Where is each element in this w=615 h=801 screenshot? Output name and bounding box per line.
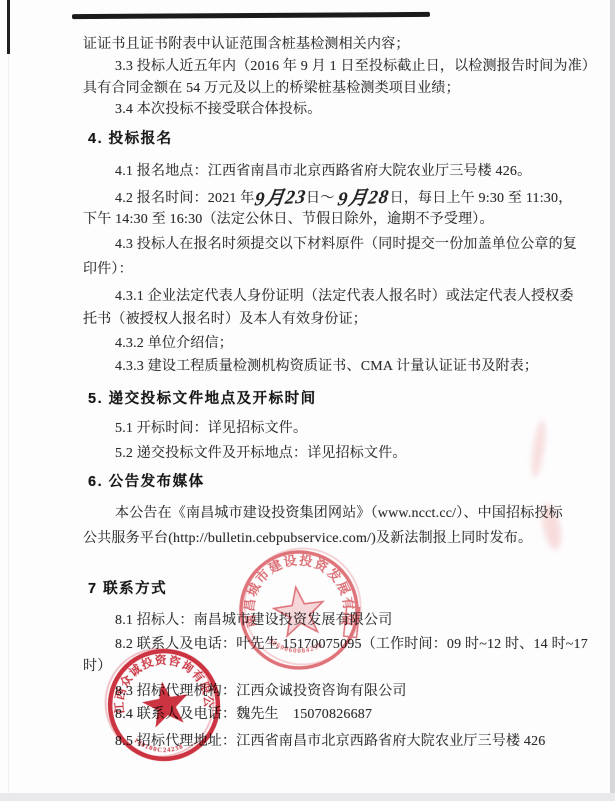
reg-time-printed-suffix: 日，每日上午 9:30 至 11:30， bbox=[390, 191, 573, 206]
doc-line: 5.1 开标时间：详见招标文件。 bbox=[115, 417, 307, 437]
buyer-seal-stamp: 南昌城市建设投资发展有限公司 9060060084258 bbox=[220, 531, 378, 689]
scan-left-crease bbox=[8, 54, 9, 801]
scan-bottom-gray-strip bbox=[0, 793, 615, 801]
doc-line-registration-time: 4.2 报名时间：2021 年9月23日～ 9月28日，每日上午 9:30 至 … bbox=[115, 183, 572, 210]
doc-line: 下午 14:30 至 16:30（法定公休日、节假日除外，逾期不予受理）。 bbox=[83, 208, 494, 228]
doc-line: 本公告在《南昌城市建设投资集团网站》（www.ncct.cc/）、中国招标投标 bbox=[115, 502, 563, 522]
doc-line: 4.3.3 建设工程质量检测机构资质证书、CMA 计量认证证书及附表； bbox=[115, 355, 538, 375]
doc-line: 证证书且证书附表中认证范围含桩基检测相关内容； bbox=[83, 33, 410, 53]
doc-line: 4.3.2 单位介绍信； bbox=[115, 332, 233, 352]
star-icon bbox=[139, 678, 192, 730]
doc-line: 4.3.1 企业法定代表人身份证明（法定代表人报名时）或法定代表人授权委 bbox=[115, 285, 574, 305]
doc-line: 3.3 投标人近五年内（2016 年 9 月 1 日至投标截止日，以检测报告时间… bbox=[115, 55, 596, 75]
doc-line: 具有合同金额在 54 万元及以上的桥梁桩基检测类项目业绩； bbox=[83, 77, 460, 97]
reg-time-printed-prefix: 4.2 报名时间：2021 年 bbox=[115, 191, 255, 206]
doc-line: 4.1 报名地点：江西省南昌市北京西路省府大院农业厅三号楼 426。 bbox=[115, 160, 531, 180]
handwritten-start-date: 9月23 bbox=[253, 182, 308, 212]
section-heading-5: 5. 递交投标文件地点及开标时间 bbox=[88, 387, 317, 408]
seal-serial-text: 9060060084258 bbox=[267, 630, 325, 660]
reg-time-printed-separator: 日～ bbox=[306, 191, 338, 206]
star-icon bbox=[271, 584, 326, 637]
section-heading-6: 6. 公告发布媒体 bbox=[88, 470, 205, 491]
section-heading-4: 4. 投标报名 bbox=[88, 127, 173, 148]
scan-top-bar-artifact bbox=[72, 12, 430, 19]
doc-line: 4.3 投标人在报名时须提交以下材料原件（同时提交一份加盖单位公章的复 bbox=[115, 233, 577, 253]
scanned-tender-document-page: 证证书且证书附表中认证范围含桩基检测相关内容； 3.3 投标人近五年内（2016… bbox=[0, 0, 615, 801]
scan-right-gray-strip bbox=[610, 0, 615, 801]
scan-left-edge-line bbox=[7, 0, 10, 54]
doc-line: 托书（被授权人报名时）及本人有效身份证； bbox=[83, 308, 367, 328]
doc-line: 3.4 本次投标不接受联合体投标。 bbox=[115, 98, 321, 118]
doc-line: 印件）： bbox=[83, 258, 133, 278]
doc-line: 5.2 递交投标文件及开标地点：详见招标文件。 bbox=[115, 442, 407, 462]
handwritten-end-date: 9月28 bbox=[336, 182, 391, 212]
section-heading-7: 7 联系方式 bbox=[88, 577, 167, 598]
agency-seal-stamp: 江西众诚投资咨询有限公司 180100C24238 bbox=[93, 634, 234, 775]
svg-text:9060060084258: 9060060084258 bbox=[267, 630, 325, 660]
ink-bleed-smudge bbox=[529, 420, 548, 479]
